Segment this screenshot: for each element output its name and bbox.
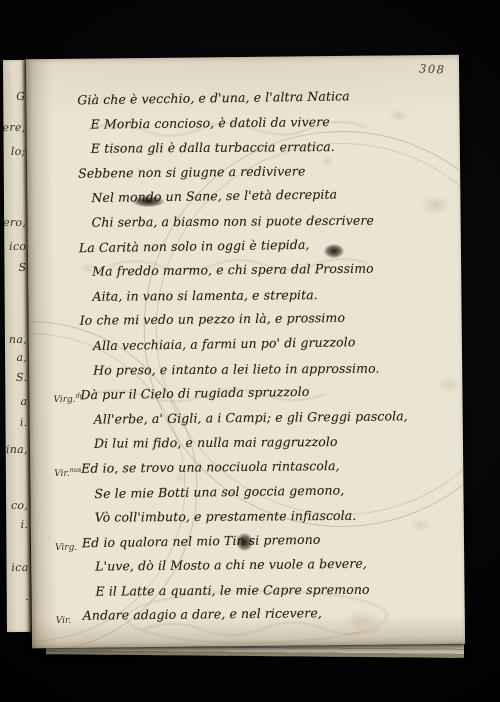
margin-spacer bbox=[52, 239, 79, 244]
margin-spacer bbox=[50, 92, 77, 97]
verse-line: Vir.Andare adagio a dare, e nel ricevere… bbox=[56, 604, 458, 633]
ink-blot bbox=[236, 533, 253, 551]
verse-text: All'erbe, a' Gigli, a i Campi; e gli Gre… bbox=[81, 408, 408, 426]
margin-spacer bbox=[55, 559, 82, 564]
verse-text: Se le mie Botti una sol goccia gemono, bbox=[81, 482, 344, 501]
gutter-fragment: S bbox=[19, 261, 27, 274]
verse-text: Chi serba, a biasmo non si puote descriv… bbox=[79, 213, 374, 230]
margin-annotation: Virg.do bbox=[53, 387, 80, 405]
photograph-of-manuscript: G cere, lo; onero, ico S na, a, S. a i. … bbox=[0, 0, 500, 702]
margin-annotation-text: Vir. bbox=[56, 616, 72, 626]
verse-block: Già che è vecchio, e d'una, e l'altra Na… bbox=[50, 88, 458, 633]
gutter-fragment: cere, bbox=[3, 121, 26, 134]
verse-text: E il Latte a quanti, le mie Capre spremo… bbox=[82, 582, 369, 599]
verse-text: E Morbia concioso, è datoli da vivere bbox=[78, 114, 330, 132]
margin-spacer bbox=[55, 510, 82, 515]
margin-spacer bbox=[54, 485, 81, 490]
margin-spacer bbox=[53, 362, 80, 367]
gutter-fragment: ico bbox=[9, 240, 26, 253]
gutter-fragment: i. bbox=[21, 518, 29, 531]
margin-annotation: Vir.nus bbox=[54, 461, 81, 479]
margin-spacer bbox=[51, 141, 78, 146]
verse-text: Ho preso, e intanto a lei lieto in appro… bbox=[80, 360, 379, 377]
folio-number: 308 bbox=[418, 61, 445, 76]
verse-text: Andare adagio a dare, e nel ricevere, bbox=[83, 606, 322, 624]
verse-text: La Carità non solo in oggi è tiepida, bbox=[79, 236, 310, 254]
margin-annotation: Vir. bbox=[56, 608, 83, 626]
gutter-fragment: i. bbox=[20, 416, 28, 429]
gutter-fragment: onero, bbox=[3, 216, 26, 229]
verse-text: Già che è vecchio, e d'una, e l'altra Na… bbox=[77, 88, 350, 107]
verse-text: Sebbene non si giugne a redivivere bbox=[78, 163, 305, 180]
margin-spacer bbox=[52, 264, 79, 269]
gutter-fragment: a bbox=[20, 395, 27, 408]
margin-annotation-sup: nus bbox=[70, 466, 82, 474]
margin-spacer bbox=[53, 338, 80, 343]
gutter-fragment: S. bbox=[16, 371, 27, 384]
verse-text: E tisona gli è dalla turbaccia erratica. bbox=[78, 139, 335, 156]
gutter-fragment: lo; bbox=[11, 145, 26, 158]
margin-spacer bbox=[52, 215, 79, 220]
margin-spacer bbox=[52, 288, 79, 293]
verse-text: Nel mondo un Sane, se l'età decrepita bbox=[78, 187, 337, 206]
margin-spacer bbox=[53, 313, 80, 318]
gutter-fragment: G bbox=[16, 90, 25, 103]
margin-annotation: Virg. bbox=[55, 534, 82, 552]
gutter-fragment: co, bbox=[11, 499, 28, 512]
margin-spacer bbox=[54, 411, 81, 416]
verse-text: Di lui mi fido, e nulla mai raggruzzolo bbox=[81, 434, 338, 451]
verse-text: Vò coll'imbuto, e prestamente infiascola… bbox=[82, 508, 357, 525]
margin-spacer bbox=[51, 166, 78, 171]
margin-annotation-text: Virg. bbox=[53, 395, 75, 405]
verse-text: Alla vecchiaia, a farmi un po' di gruzzo… bbox=[80, 334, 356, 353]
verse-text: Ed io, se trovo una nocciuola rintascola… bbox=[81, 458, 340, 476]
margin-annotation-text: Vir. bbox=[54, 469, 70, 479]
verse-text: Ma freddo marmo, e chi spera dal Prossim… bbox=[79, 261, 374, 279]
gutter-fragment: ica bbox=[11, 561, 28, 574]
margin-spacer bbox=[51, 116, 78, 121]
manuscript-page: 308 Già che è vecchio, e d'una, e l'altr… bbox=[26, 55, 465, 649]
gutter-fragment: a, bbox=[16, 351, 27, 364]
verse-text: L'uve, dò il Mosto a chi ne vuole a beve… bbox=[82, 556, 367, 574]
margin-spacer bbox=[55, 584, 82, 589]
verse-text: Io che mi vedo un pezzo in là, e prossim… bbox=[80, 310, 346, 328]
margin-annotation-text: Virg. bbox=[55, 542, 77, 552]
gutter-fragment: . bbox=[25, 590, 29, 603]
verse-text: Aita, in vano si lamenta, e strepita. bbox=[79, 287, 318, 304]
gutter-fragment: na, bbox=[9, 333, 27, 346]
margin-spacer bbox=[54, 436, 81, 441]
gutter-fragment: ina, bbox=[6, 443, 28, 456]
verse-text: Dà pur il Cielo di rugiada spruzzolo bbox=[80, 384, 309, 402]
verse-text: Ed io qualora nel mio Tin si premono bbox=[82, 531, 321, 550]
margin-spacer bbox=[51, 190, 78, 195]
